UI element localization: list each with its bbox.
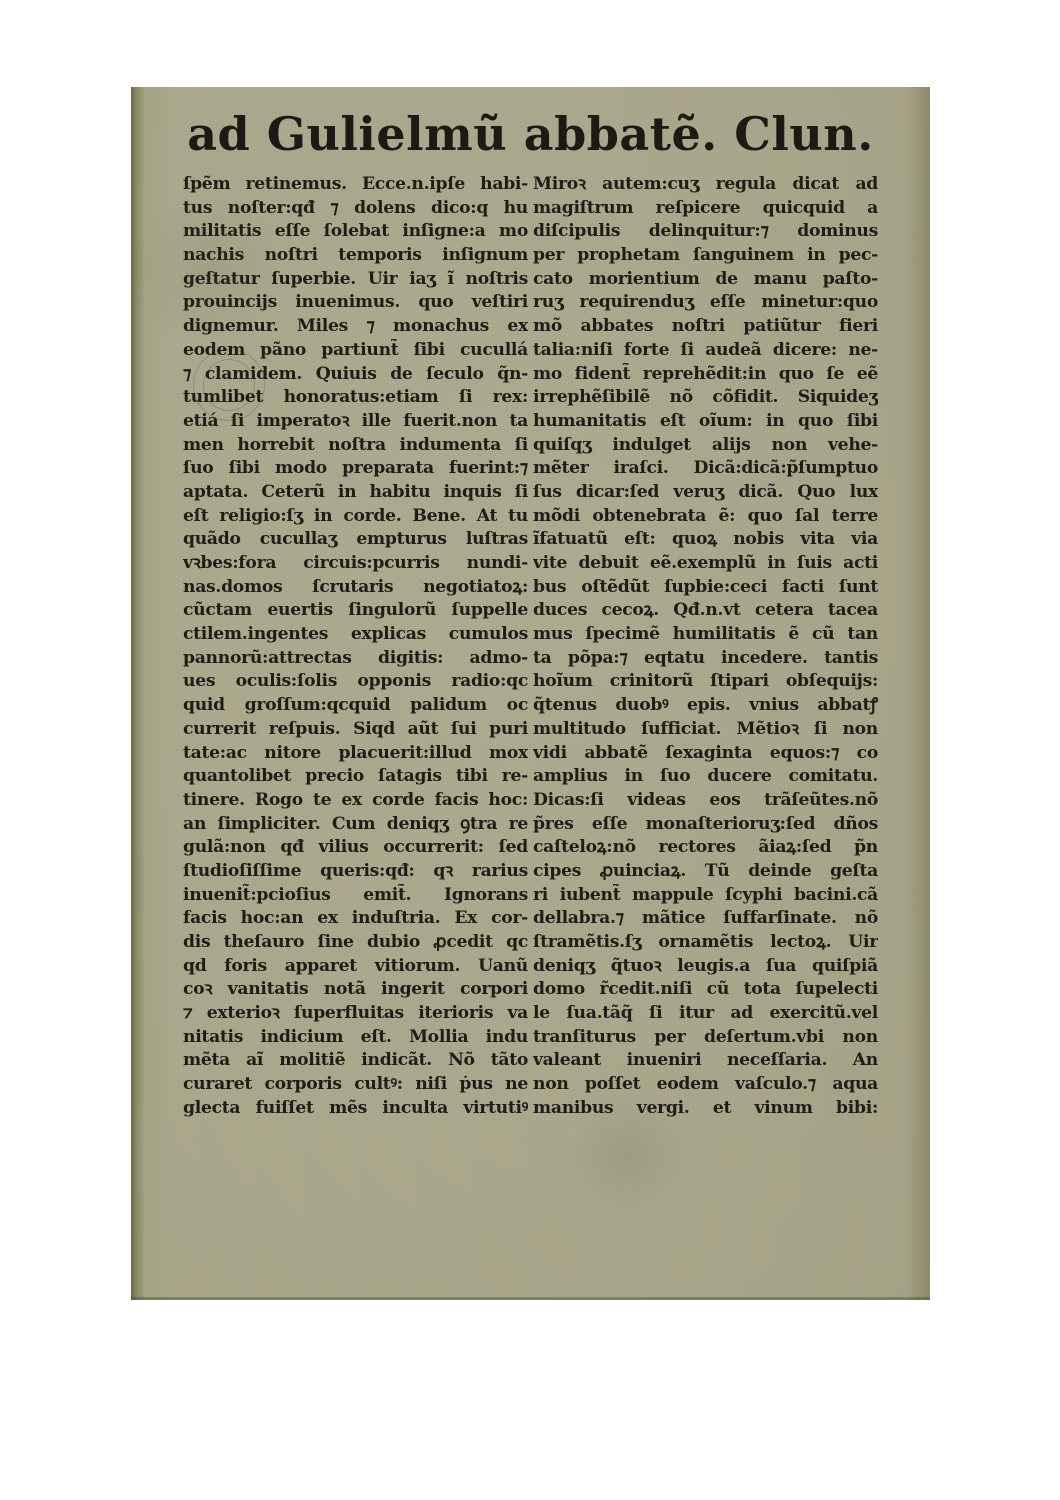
text-line: amplius in ſuo ducere comitatu. [533, 765, 878, 789]
text-line: qd foris apparet vitiorum. Uanũ [183, 955, 528, 979]
text-line: eodem pãno partiunt̃ ſibi cucullá [183, 339, 528, 363]
text-line: tumlibet honoratus:etiam ſi rex: [183, 386, 528, 410]
text-line: inuenit̃:pcioſius emit̃. Ignorans [183, 884, 528, 908]
text-line: glecta fuiſſet mẽs inculta virtutiꝰ [183, 1097, 528, 1121]
text-line: quantolibet precio ſatagis tibi re- [183, 765, 528, 789]
text-line: le ſua.tãq̃ ſi itur ad exercitũ.vel [533, 1002, 878, 1026]
text-line: dellabra.⁊ mãtice ſuffarſinate. nõ [533, 907, 878, 931]
text-line: ſus dicar:ſed veruʒ dicã. Quo lux [533, 481, 878, 505]
text-line: curaret corporis cultꝰ: niſi ṗus ne [183, 1073, 528, 1097]
text-line: quid groſſum:qcquid palidum oc [183, 694, 528, 718]
text-line: coꝛ vanitatis notã ingerit corpori [183, 978, 528, 1002]
text-line: hoĩum crinitorũ ſtipari obſequijs: [533, 670, 878, 694]
text-line: nachis noſtri temporis inſignum [183, 244, 528, 268]
text-line: tate:ac nitore placuerit:illud mox [183, 742, 528, 766]
text-line: cũctam euertis ſingulorũ ſuppelle [183, 599, 528, 623]
text-line: eſt religio:ſʒ in corde. Bene. At tu [183, 505, 528, 529]
book-page: ad Gulielmũ abbatẽ. Clun. ſpẽm retinemus… [131, 87, 930, 1300]
text-line: per prophetam ſanguinem in pec- [533, 244, 878, 268]
text-line: magiſtrum reſpicere quicquid a [533, 197, 878, 221]
text-line: vidi abbatẽ ſexaginta equos:⁊ co [533, 742, 878, 766]
text-line: pannorũ:attrectas digitis: admo- [183, 647, 528, 671]
text-line: deniqʒ q̃tuoꝛ leugis.a ſua quiſpiã [533, 955, 878, 979]
text-line: non poſſet eodem vaſculo.⁊ aqua [533, 1073, 878, 1097]
text-line: Dicas:ſi videas eos trãſeũtes.nõ [533, 789, 878, 813]
text-line: facis hoc:an ex induſtria. Ex cor- [183, 907, 528, 931]
text-line: multitudo ſufficiat. Mẽtioꝛ ſi non [533, 718, 878, 742]
text-line: ſtudioſiſſime queris:qđ: qꝛ rarius [183, 860, 528, 884]
left-text-column: ſpẽm retinemus. Ecce.n.ipſe habi- tus no… [183, 173, 528, 1121]
text-line: mẽter iraſci. Dicã:dicã:p̃ſumptuo [533, 457, 878, 481]
text-line: vꝛbes:fora circuis:pcurris nundi- [183, 552, 528, 576]
text-line: domo r̃cedit.niſi cũ tota ſupelecti [533, 978, 878, 1002]
text-line: mõ abbates noſtri patiũtur fieri [533, 315, 878, 339]
text-line: gulã:non qđ vilius occurrerit: ſed [183, 836, 528, 860]
text-line: tinere. Rogo te ex corde facis hoc: [183, 789, 528, 813]
text-line: mus ſpecimẽ humilitatis ẽ cũ tan [533, 623, 878, 647]
text-line: cipes ꝓuinciaꝝ. Tũ deinde geſta [533, 860, 878, 884]
text-line: militatis eſſe ſolebat inſigne:a mo [183, 220, 528, 244]
text-line: ſtramẽtis.ſʒ ornamẽtis lectoꝝ. Uir [533, 931, 878, 955]
text-line: tus noſter:qđ ⁊ dolens dico:q hu [183, 197, 528, 221]
text-line: mẽta aĩ molitiẽ indicãt. Nõ tãto [183, 1049, 528, 1073]
text-line: men horrebit noſtra indumenta ſi [183, 434, 528, 458]
text-line: vite debuit eẽ.exemplũ in ſuis acti [533, 552, 878, 576]
text-line: valeant inueniri neceſſaria. An [533, 1049, 878, 1073]
text-line: mõdi obtenebrata ẽ: quo ſal terre [533, 505, 878, 529]
text-line: quiſqʒ indulget alijs non vehe- [533, 434, 878, 458]
text-line: irrephẽſibilẽ nõ cõfidit. Siquideʒ [533, 386, 878, 410]
text-line: ri iubent̃ mappule ſcyphi bacini.cã [533, 884, 878, 908]
text-line: ues oculis:ſolis opponis radio:qc [183, 670, 528, 694]
text-line: p̃res eſſe monaſterioruʒ:ſed dños [533, 813, 878, 837]
text-line: ſuo ſibi modo preparata fuerint:⁊ [183, 457, 528, 481]
text-line: talia:niſi forte ſi audeã dicere: ne- [533, 339, 878, 363]
text-line: prouincijs inuenimus. quo veſtiri [183, 291, 528, 315]
text-line: humanitatis eſt oĩum: in quo ſibi [533, 410, 878, 434]
text-line: geſtatur ſuperbie. Uir iaʒ ĩ noſtris [183, 268, 528, 292]
text-line: ruʒ requirenduʒ eſſe minetur:quo [533, 291, 878, 315]
text-line: nitatis indicium eſt. Mollia indu [183, 1026, 528, 1050]
text-line: currerit reſpuis. Siqd aũt ſui puri [183, 718, 528, 742]
text-line: aptata. Ceterũ in habitu inquis ſi [183, 481, 528, 505]
text-line: mo fident̃ reprehẽdit:in quo ſe eẽ [533, 363, 878, 387]
text-line: ⁊ exterioꝛ ſuperfluitas iterioris va [183, 1002, 528, 1026]
text-line: etiá ſi imperatoꝛ ille fuerit.non ta [183, 410, 528, 434]
text-line: q̃tenus duobꝰ epis. vnius abbatꝭ [533, 694, 878, 718]
text-line: dignemur. Miles ⁊ monachus ex [183, 315, 528, 339]
text-line: cato morientium de manu paſto- [533, 268, 878, 292]
text-line: ctilem.ingentes explicas cumulos [183, 623, 528, 647]
text-line: ĩfatuatũ eſt: quoꝝ nobis vita via [533, 528, 878, 552]
text-line: tranſiturus per deſertum.vbi non [533, 1026, 878, 1050]
text-line: Miroꝛ autem:cuʒ regula dicat ad [533, 173, 878, 197]
text-line: ⁊ clamidem. Quiuis de ſeculo q̃n- [183, 363, 528, 387]
running-head: ad Gulielmũ abbatẽ. Clun. [131, 107, 930, 161]
text-line: bus oſtẽdũt ſupbie:ceci facti ſunt [533, 576, 878, 600]
text-line: nas.domos ſcrutaris negotiatoꝝ: [183, 576, 528, 600]
text-line: manibus vergi. et vinum bibi: [533, 1097, 878, 1121]
text-line: ſpẽm retinemus. Ecce.n.ipſe habi- [183, 173, 528, 197]
text-line: caſteloꝝ:nõ rectores ãiaꝝ:ſed p̃n [533, 836, 878, 860]
text-line: ta põpa:⁊ eqtatu incedere. tantis [533, 647, 878, 671]
text-line: quãdo cucullaʒ empturus luſtras [183, 528, 528, 552]
text-line: diſcipulis delinquitur:⁊ dominus [533, 220, 878, 244]
text-line: duces cecoꝝ. Qđ.n.vt cetera tacea [533, 599, 878, 623]
text-line: dis theſauro ſine dubio ꝓcedit qc [183, 931, 528, 955]
right-text-column: Miroꝛ autem:cuʒ regula dicat ad magiſtru… [533, 173, 878, 1121]
text-line: an ſimpliciter. Cum deniqʒ ꝯtra re [183, 813, 528, 837]
